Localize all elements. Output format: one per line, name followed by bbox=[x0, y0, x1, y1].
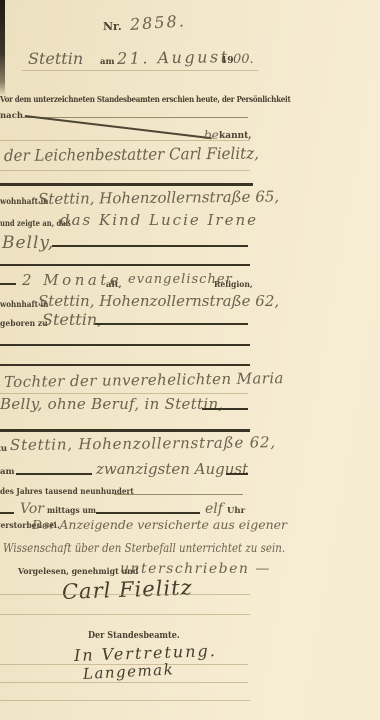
registrar-label: Der Standesbeamte. bbox=[88, 631, 180, 641]
closing-hand1: Der Anzeigende versicherte aus eigener bbox=[32, 517, 287, 532]
approval-hand: unterschrieben — bbox=[120, 561, 271, 577]
dateline-day-month: 21. August bbox=[117, 47, 230, 68]
report-value: das Kind Lucie Irene bbox=[60, 211, 258, 229]
dateline-am-label: am bbox=[100, 57, 115, 67]
record-number-prefix: Nr. bbox=[103, 20, 122, 33]
blank-dash-rule bbox=[226, 473, 248, 475]
record-number: Nr. 2858. bbox=[103, 15, 186, 34]
ruled-line bbox=[0, 682, 248, 683]
trailing-dash bbox=[202, 408, 248, 410]
death-record-page: Nr. 2858. Stettin am 21. August 19 00. V… bbox=[0, 0, 380, 720]
section-rule bbox=[0, 183, 253, 186]
record-number-value: 2858. bbox=[129, 11, 186, 34]
death-year-label: des Jahres tausend neunhundert bbox=[0, 487, 134, 497]
informant-signature: Carl Fielitz bbox=[62, 575, 193, 604]
ruled-line bbox=[0, 170, 250, 171]
intro-nach-label: nach bbox=[0, 111, 23, 121]
registrar-signature: Langemak bbox=[83, 660, 175, 683]
informant-line: der Leichenbestatter Carl Fielitz, bbox=[4, 144, 259, 165]
residence2-value: Stettin, Hohenzollernstraße 62, bbox=[38, 292, 279, 310]
section-rule bbox=[0, 344, 250, 346]
intro-line: Vor dem unterzeichneten Standesbeamten e… bbox=[0, 94, 290, 104]
ruled-line bbox=[0, 393, 248, 394]
dateline-place: Stettin bbox=[28, 49, 83, 68]
section-rule bbox=[0, 364, 250, 366]
blank-dash-rule bbox=[95, 323, 248, 325]
religion-label: Religion, bbox=[214, 280, 253, 290]
birthplace-value: Stettin, bbox=[42, 310, 102, 329]
death-time-mittags-label: mittags um bbox=[47, 506, 96, 516]
dateline-underline bbox=[22, 70, 258, 71]
ruled-line bbox=[0, 594, 250, 595]
blank-dash-rule bbox=[52, 245, 248, 247]
death-place-value: Stettin, Hohenzollernstraße 62, bbox=[10, 433, 276, 454]
ruled-line bbox=[0, 614, 250, 615]
blank-dash-rule bbox=[16, 473, 92, 475]
deceased-surname: Belly, bbox=[2, 233, 54, 253]
leading-dash bbox=[0, 512, 14, 514]
birthplace-label: geboren zu bbox=[0, 319, 48, 329]
ruled-line bbox=[0, 700, 250, 701]
scan-edge-strip bbox=[0, 0, 5, 96]
death-time-hour: elf bbox=[205, 501, 223, 517]
death-date-value: zwanzigsten August bbox=[96, 460, 248, 478]
section-rule bbox=[0, 429, 250, 432]
blank-dash-rule bbox=[96, 512, 200, 514]
residence1-value: Stettin, Hohenzollernstraße 65, bbox=[38, 187, 279, 208]
parentage-line2: Belly, ohne Beruf, in Stettin, bbox=[0, 395, 223, 413]
blank-strikethrough bbox=[25, 115, 212, 139]
dateline-year-hand: 00. bbox=[233, 52, 254, 67]
death-time-uhr-label: Uhr bbox=[227, 506, 245, 516]
age-alt-label: alt, bbox=[106, 280, 122, 290]
dateline-year-printed: 19 bbox=[221, 56, 234, 66]
closing-hand2: Wissenschaft über den Sterbefall unterri… bbox=[3, 540, 285, 555]
parentage-line1: Tochter der unverehelichten Maria bbox=[4, 369, 284, 391]
leading-dash bbox=[0, 283, 16, 285]
ruled-line bbox=[0, 140, 250, 141]
death-time-vor: Vor bbox=[20, 501, 44, 517]
death-place-label: zu bbox=[0, 444, 7, 454]
death-date-label: am bbox=[0, 467, 15, 477]
blank-rule bbox=[114, 494, 243, 495]
section-rule bbox=[0, 264, 250, 266]
